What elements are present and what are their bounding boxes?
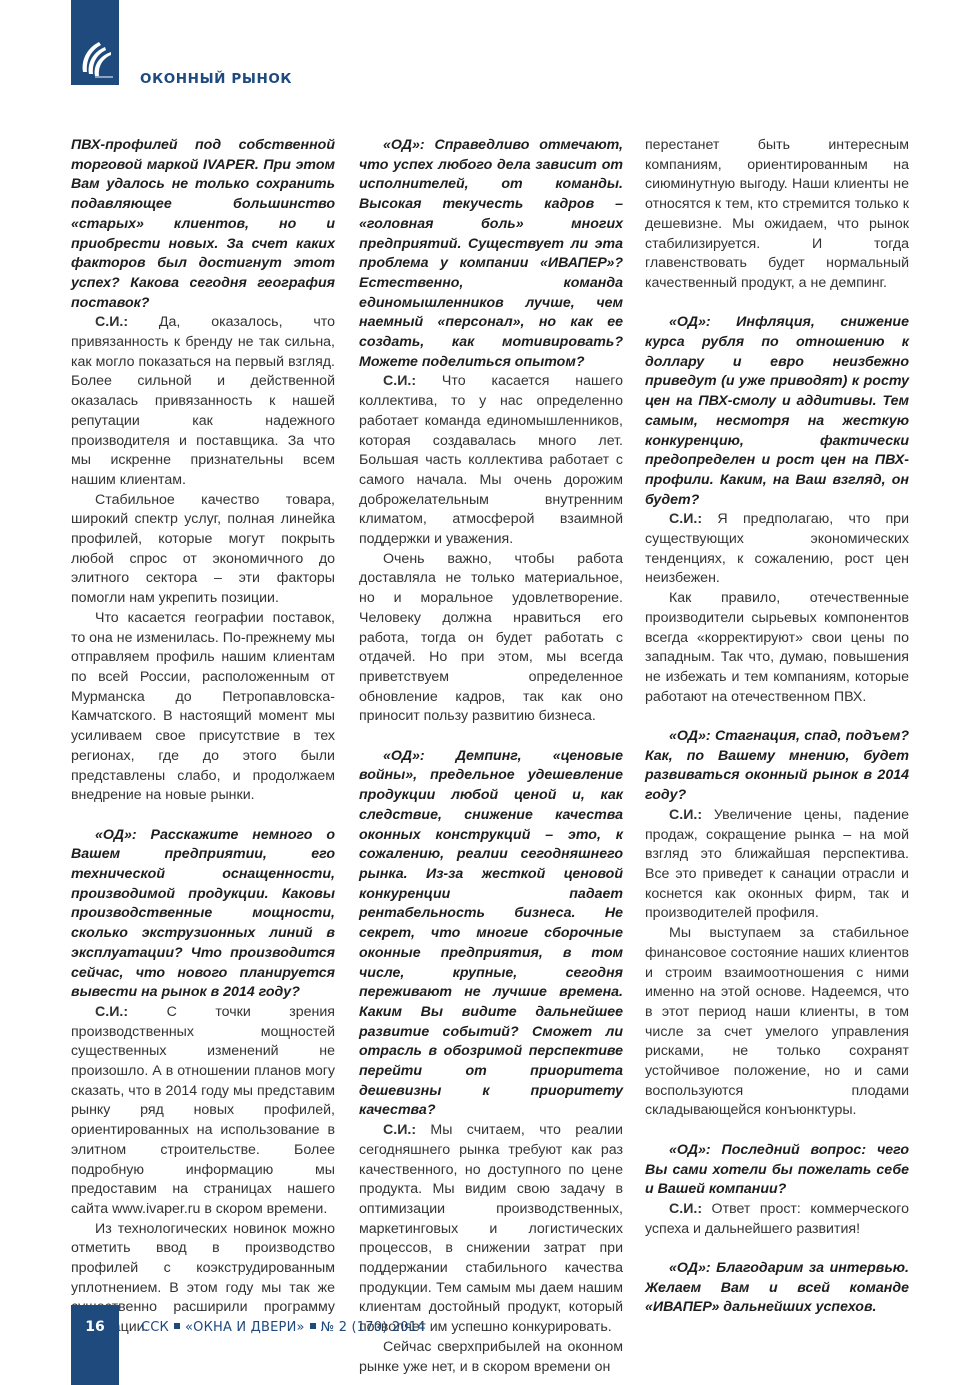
interview-question: «ОД»: Справедливо отмечают, что успех лю…	[359, 136, 623, 372]
body-paragraph: Сейчас сверхприбылей на оконном рынке уж…	[359, 1338, 623, 1377]
body-paragraph: Как правило, отечественные производители…	[645, 589, 909, 707]
speaker-label: С.И.:	[95, 314, 128, 330]
speaker-label: С.И.:	[383, 1122, 416, 1138]
answer-text: Мы считаем, что реалии сегодняшнего рынк…	[359, 1122, 623, 1335]
logo-icon	[75, 38, 115, 80]
interview-answer: С.И.: Что касается нашего коллектива, то…	[359, 372, 623, 549]
answer-text: С точки зрения производственных мощносте…	[71, 1004, 335, 1217]
interview-answer: С.И.: Я предполагаю, что при существующи…	[645, 510, 909, 589]
body-paragraph: Что касается географии поставок, то она …	[71, 609, 335, 806]
article-column-1: ПВХ-профилей под собственной торговой ма…	[71, 136, 335, 1338]
interview-question: «ОД»: Стагнация, спад, подъем? Как, по В…	[645, 727, 909, 806]
body-paragraph: Стабильное качество товара, широкий спек…	[71, 491, 335, 609]
footer-magazine: «ОКНА И ДВЕРИ»	[185, 1320, 305, 1335]
speaker-label: С.И.:	[383, 373, 416, 389]
body-paragraph: перестанет быть интересным компаниям, ор…	[645, 136, 909, 294]
page-number: 16	[71, 1319, 119, 1335]
paragraph-spacer	[359, 727, 623, 747]
interview-answer: С.И.: Ответ прост: коммерческого успеха …	[645, 1200, 909, 1239]
interview-question: «ОД»: Последний вопрос: чего Вы сами хот…	[645, 1141, 909, 1200]
paragraph-spacer	[645, 707, 909, 727]
footer-issue: № 2 (170) 2014	[321, 1320, 426, 1335]
answer-text: Да, оказалось, что привязанность к бренд…	[71, 314, 335, 488]
header-color-bar	[71, 0, 119, 85]
interview-answer: С.И.: Да, оказалось, что привязанность к…	[71, 313, 335, 490]
article-column-3: перестанет быть интересным компаниям, ор…	[645, 136, 909, 1318]
paragraph-spacer	[71, 806, 335, 826]
square-bullet-icon	[174, 1323, 180, 1329]
interview-answer: С.И.: Увеличение цены, падение продаж, с…	[645, 806, 909, 924]
interview-question: ПВХ-профилей под собственной торговой ма…	[71, 136, 335, 313]
interview-question: «ОД»: Расскажите немного о Вашем предпри…	[71, 826, 335, 1003]
paragraph-spacer	[645, 1239, 909, 1259]
section-title: ОКОННЫЙ РЫНОК	[140, 71, 292, 87]
footer-publication-info: ССК«ОКНА И ДВЕРИ»№ 2 (170) 2014	[141, 1320, 426, 1335]
article-column-2: «ОД»: Справедливо отмечают, что успех лю…	[359, 136, 623, 1377]
square-bullet-icon	[310, 1323, 316, 1329]
interview-question: «ОД»: Инфляция, снижение курса рубля по …	[645, 313, 909, 510]
interview-answer: С.И.: Мы считаем, что реалии сегодняшнег…	[359, 1121, 623, 1338]
footer-publisher: ССК	[141, 1320, 169, 1335]
footer-color-bar: 16	[71, 1305, 119, 1385]
interview-answer: С.И.: С точки зрения производственных мо…	[71, 1003, 335, 1220]
speaker-label: С.И.:	[669, 807, 702, 823]
body-paragraph: Очень важно, чтобы работа доставляла не …	[359, 550, 623, 727]
speaker-label: С.И.:	[95, 1004, 128, 1020]
interview-question: «ОД»: Благодарим за интервью. Желаем Вам…	[645, 1259, 909, 1318]
body-paragraph: Мы выступаем за стабильное финансовое со…	[645, 924, 909, 1121]
paragraph-spacer	[645, 294, 909, 314]
answer-text: Что касается нашего коллектива, то у нас…	[359, 373, 623, 547]
speaker-label: С.И.:	[669, 1201, 702, 1217]
interview-question: «ОД»: Демпинг, «ценовые войны», предельн…	[359, 747, 623, 1121]
speaker-label: С.И.:	[669, 511, 702, 527]
answer-text: Увеличение цены, падение продаж, сокраще…	[645, 807, 909, 922]
paragraph-spacer	[645, 1121, 909, 1141]
